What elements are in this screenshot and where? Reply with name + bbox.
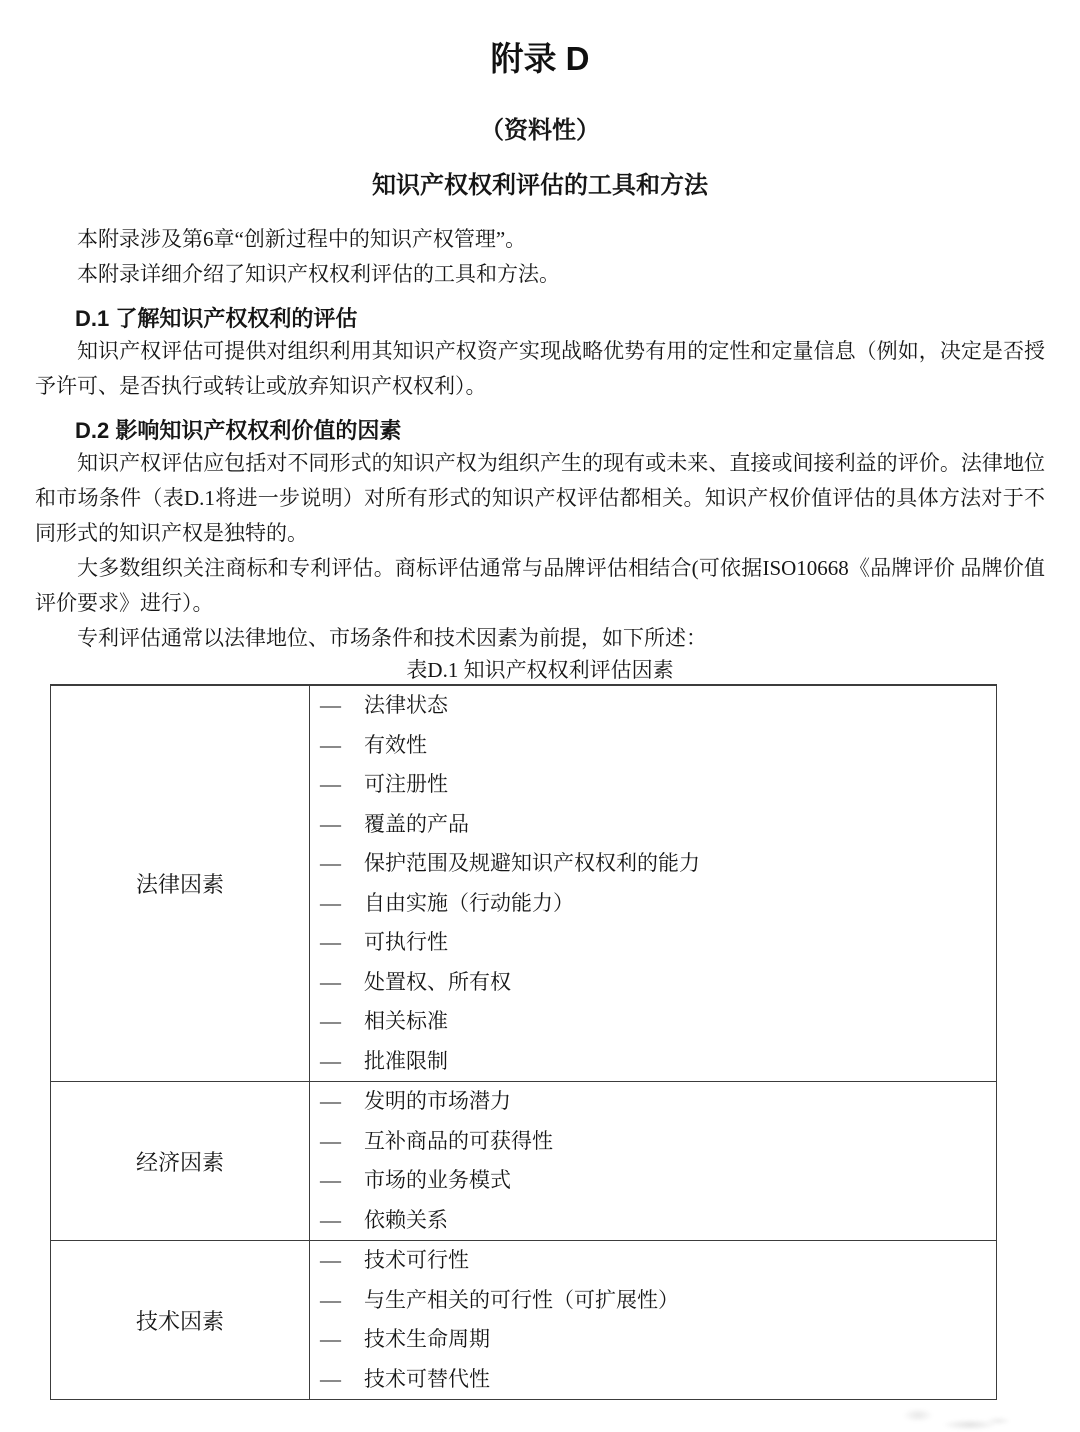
factor-item: —发明的市场潜力 (320, 1082, 996, 1122)
factor-item: —技术可行性 (320, 1241, 996, 1281)
factor-item-label: 技术可替代性 (364, 1360, 490, 1400)
intro-paragraph: 本附录详细介绍了知识产权权利评估的工具和方法。 (35, 257, 1045, 292)
section-d2-body: 知识产权评估应包括对不同形式的知识产权为组织产生的现有或未来、直接或间接利益的评… (35, 446, 1045, 656)
factor-item-label: 技术生命周期 (364, 1320, 490, 1360)
factor-item: —技术生命周期 (320, 1320, 996, 1360)
dash-glyph: — (320, 726, 364, 766)
factors-table: 法律因素—法律状态—有效性—可注册性—覆盖的产品—保护范围及规避知识产权权利的能… (50, 684, 997, 1400)
dash-glyph: — (320, 765, 364, 805)
dash-glyph: — (320, 1122, 364, 1162)
factor-item-label: 有效性 (364, 726, 427, 766)
body-paragraph: 大多数组织关注商标和专利评估。商标评估通常与品牌评估相结合(可依据ISO1066… (35, 551, 1045, 621)
factor-item-label: 处置权、所有权 (364, 963, 511, 1003)
factor-item-label: 与生产相关的可行性（可扩展性） (364, 1281, 679, 1321)
informative-subtitle: （资料性） (35, 118, 1045, 144)
section-d1-body: 知识产权评估可提供对组织利用其知识产权资产实现战略优势有用的定性和定量信息（例如… (35, 334, 1045, 404)
factor-item-label: 批准限制 (364, 1042, 448, 1082)
factor-item: —技术可替代性 (320, 1360, 996, 1400)
dash-glyph: — (320, 1161, 364, 1201)
body-paragraph: 专利评估通常以法律地位、市场条件和技术因素为前提，如下所述： (35, 621, 1045, 656)
document-page: 附录 D （资料性） 知识产权权利评估的工具和方法 本附录涉及第6章“创新过程中… (0, 42, 1080, 1400)
factor-item-label: 互补商品的可获得性 (364, 1122, 553, 1162)
factor-item: —互补商品的可获得性 (320, 1122, 996, 1162)
dash-glyph: — (320, 1201, 364, 1241)
factor-item-label: 依赖关系 (364, 1201, 448, 1241)
factor-category-cell: 经济因素 (51, 1082, 310, 1241)
dash-glyph: — (320, 805, 364, 845)
factor-item: —覆盖的产品 (320, 805, 996, 845)
table-caption: 表D.1 知识产权权利评估因素 (35, 656, 1045, 684)
factor-item-label: 自由实施（行动能力） (364, 884, 574, 924)
dash-glyph: — (320, 1320, 364, 1360)
intro-block: 本附录涉及第6章“创新过程中的知识产权管理”。 本附录详细介绍了知识产权权利评估… (35, 222, 1045, 292)
table-row: 技术因素—技术可行性—与生产相关的可行性（可扩展性）—技术生命周期—技术可替代性 (51, 1241, 997, 1400)
factor-item: —有效性 (320, 726, 996, 766)
dash-glyph: — (320, 844, 364, 884)
dash-glyph: — (320, 1281, 364, 1321)
factor-item-label: 覆盖的产品 (364, 805, 469, 845)
factor-item-label: 可执行性 (364, 923, 448, 963)
dash-glyph: — (320, 1002, 364, 1042)
table-row: 法律因素—法律状态—有效性—可注册性—覆盖的产品—保护范围及规避知识产权权利的能… (51, 685, 997, 1082)
watermark-smudge (895, 1400, 1010, 1432)
factor-item: —批准限制 (320, 1042, 996, 1082)
section-heading-d2: D.2 影响知识产权权利价值的因素 (75, 416, 1045, 446)
factor-item-label: 发明的市场潜力 (364, 1082, 511, 1122)
dash-glyph: — (320, 1241, 364, 1281)
dash-glyph: — (320, 1042, 364, 1082)
section-heading-d1: D.1 了解知识产权权利的评估 (75, 304, 1045, 334)
factor-item: —自由实施（行动能力） (320, 884, 996, 924)
factor-items-cell: —法律状态—有效性—可注册性—覆盖的产品—保护范围及规避知识产权权利的能力—自由… (310, 685, 997, 1082)
body-paragraph: 知识产权评估应包括对不同形式的知识产权为组织产生的现有或未来、直接或间接利益的评… (35, 446, 1045, 551)
factor-item: —保护范围及规避知识产权权利的能力 (320, 844, 996, 884)
factor-item-label: 技术可行性 (364, 1241, 469, 1281)
factor-item: —相关标准 (320, 1002, 996, 1042)
factor-category-cell: 技术因素 (51, 1241, 310, 1400)
factor-item: —依赖关系 (320, 1201, 996, 1241)
dash-glyph: — (320, 1360, 364, 1400)
body-paragraph: 知识产权评估可提供对组织利用其知识产权资产实现战略优势有用的定性和定量信息（例如… (35, 334, 1045, 404)
appendix-title: 附录 D (35, 42, 1045, 76)
factor-category-cell: 法律因素 (51, 685, 310, 1082)
intro-paragraph: 本附录涉及第6章“创新过程中的知识产权管理”。 (35, 222, 1045, 257)
dash-glyph: — (320, 1082, 364, 1122)
factor-item-label: 相关标准 (364, 1002, 448, 1042)
factor-item-label: 市场的业务模式 (364, 1161, 511, 1201)
document-title: 知识产权权利评估的工具和方法 (35, 172, 1045, 199)
dash-glyph: — (320, 686, 364, 726)
factor-item: —与生产相关的可行性（可扩展性） (320, 1281, 996, 1321)
dash-glyph: — (320, 923, 364, 963)
factor-items-cell: —技术可行性—与生产相关的可行性（可扩展性）—技术生命周期—技术可替代性 (310, 1241, 997, 1400)
factor-item: —市场的业务模式 (320, 1161, 996, 1201)
factor-item: —处置权、所有权 (320, 963, 996, 1003)
factor-item-label: 法律状态 (364, 686, 448, 726)
factor-item: —可注册性 (320, 765, 996, 805)
factor-item: —法律状态 (320, 686, 996, 726)
dash-glyph: — (320, 884, 364, 924)
dash-glyph: — (320, 963, 364, 1003)
factor-items-cell: —发明的市场潜力—互补商品的可获得性—市场的业务模式—依赖关系 (310, 1082, 997, 1241)
factor-item-label: 可注册性 (364, 765, 448, 805)
factor-item: —可执行性 (320, 923, 996, 963)
table-row: 经济因素—发明的市场潜力—互补商品的可获得性—市场的业务模式—依赖关系 (51, 1082, 997, 1241)
factor-item-label: 保护范围及规避知识产权权利的能力 (364, 844, 700, 884)
